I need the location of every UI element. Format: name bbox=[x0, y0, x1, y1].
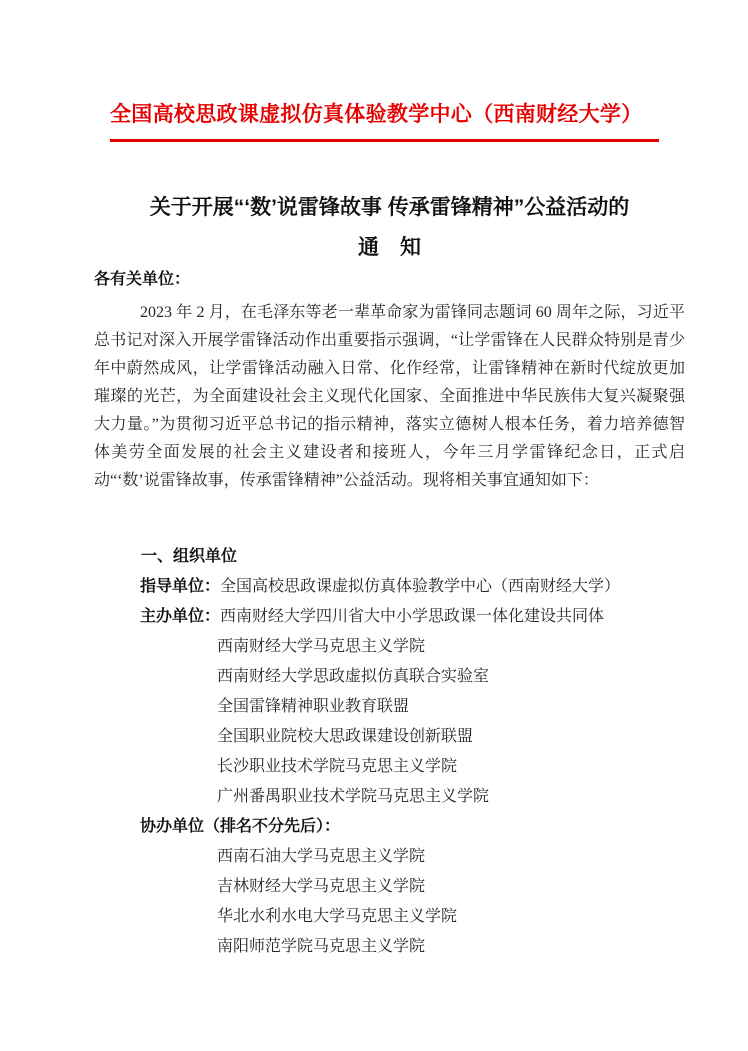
host-unit-item: 西南财经大学马克思主义学院 bbox=[217, 632, 685, 662]
co-organizer-label: 协办单位（排名不分先后）： bbox=[140, 818, 340, 835]
host-unit-item: 西南财经大学思政虚拟仿真联合实验室 bbox=[217, 662, 685, 692]
co-unit-item: 西南石油大学马克思主义学院 bbox=[217, 842, 685, 872]
section-heading: 一、组织单位 bbox=[141, 542, 685, 572]
co-unit-item: 华北水利水电大学马克思主义学院 bbox=[217, 902, 685, 932]
host-unit-value: 西南财经大学四川省大中小学思政课一体化建设共同体 bbox=[220, 608, 604, 625]
guidance-unit-label: 指导单位： bbox=[140, 578, 220, 595]
host-unit-row: 主办单位：西南财经大学四川省大中小学思政课一体化建设共同体 bbox=[140, 602, 685, 632]
letterhead-rule bbox=[110, 139, 659, 142]
letterhead-title: 全国高校思政课虚拟仿真体验教学中心（西南财经大学） bbox=[110, 100, 662, 130]
co-unit-item: 吉林财经大学马克思主义学院 bbox=[217, 872, 685, 902]
organization-section: 一、组织单位 指导单位：全国高校思政课虚拟仿真体验教学中心（西南财经大学） 主办… bbox=[94, 542, 685, 962]
host-unit-label: 主办单位： bbox=[140, 608, 220, 625]
notice-title-line1: 关于开展“‘数’说雷锋故事 传承雷锋精神”公益活动的 bbox=[94, 188, 685, 228]
notice-title: 关于开展“‘数’说雷锋故事 传承雷锋精神”公益活动的 通 知 bbox=[94, 188, 685, 268]
host-unit-item: 广州番禺职业技术学院马克思主义学院 bbox=[217, 782, 685, 812]
document-page: 全国高校思政课虚拟仿真体验教学中心（西南财经大学） 关于开展“‘数’说雷锋故事 … bbox=[0, 0, 748, 1051]
salutation: 各有关单位： bbox=[94, 266, 190, 294]
co-organizer-row: 协办单位（排名不分先后）： bbox=[140, 812, 685, 842]
notice-title-line2: 通 知 bbox=[94, 228, 685, 268]
letterhead: 全国高校思政课虚拟仿真体验教学中心（西南财经大学） bbox=[110, 100, 662, 142]
guidance-unit-row: 指导单位：全国高校思政课虚拟仿真体验教学中心（西南财经大学） bbox=[140, 572, 685, 602]
body-paragraph: 2023 年 2 月，在毛泽东等老一辈革命家为雷锋同志题词 60 周年之际，习近… bbox=[94, 299, 685, 495]
guidance-unit-value: 全国高校思政课虚拟仿真体验教学中心（西南财经大学） bbox=[220, 578, 620, 595]
host-unit-item: 全国雷锋精神职业教育联盟 bbox=[217, 692, 685, 722]
co-unit-item: 南阳师范学院马克思主义学院 bbox=[217, 932, 685, 962]
host-unit-item: 全国职业院校大思政课建设创新联盟 bbox=[217, 722, 685, 752]
host-unit-item: 长沙职业技术学院马克思主义学院 bbox=[217, 752, 685, 782]
